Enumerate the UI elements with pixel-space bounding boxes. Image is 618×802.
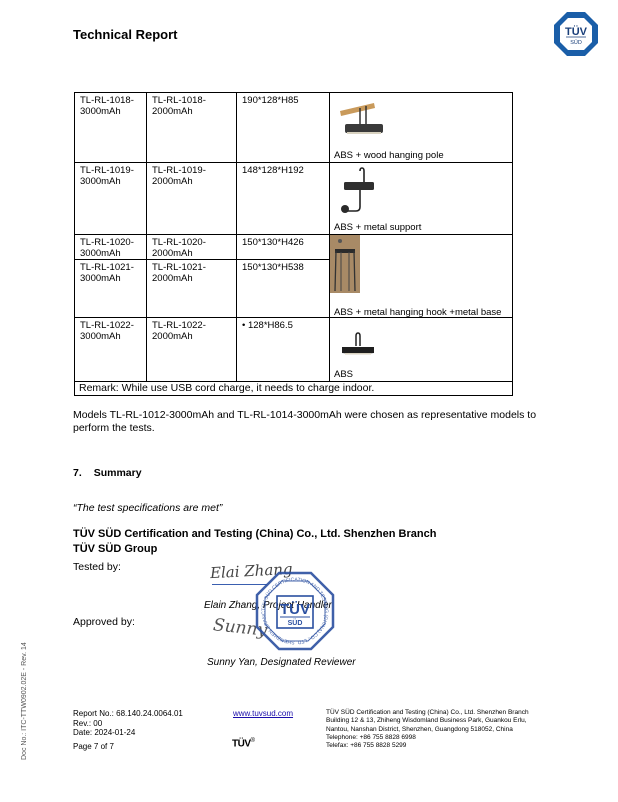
tuv-brand-mark-icon: TÜV®: [232, 738, 254, 749]
dimension-cell: 150*130*H426: [237, 235, 330, 260]
address-line: TÜV SÜD Certification and Testing (China…: [326, 709, 529, 717]
address-line: Nantou, Nanshan District, Shenzhen, Guan…: [326, 726, 529, 734]
page-number: Page 7 of 7: [73, 742, 183, 752]
organization-block: TÜV SÜD Certification and Testing (China…: [73, 527, 436, 557]
approved-name: Sunny Yan, Designated Reviewer: [207, 657, 356, 668]
tuv-sud-logo-icon: TÜV SÜD: [553, 11, 599, 57]
material-cell: ABS + wood hanging pole: [330, 93, 513, 163]
svg-text:SÜD: SÜD: [288, 618, 303, 627]
model-3000-cell: TL-RL-1018-3000mAh: [75, 93, 147, 163]
model-3000-cell: TL-RL-1019-3000mAh: [75, 163, 147, 235]
company-stamp-icon: TÜV SÜD CERTIFICATION AND TESTING (CHINA…: [255, 571, 335, 651]
address-line: Building 12 & 13, Zhiheng Wisdomland Bus…: [326, 717, 529, 725]
lamp-hook-base-image: [330, 235, 360, 293]
remark-cell: Remark: While use USB cord charge, it ne…: [75, 382, 513, 396]
model-3000-cell: TL-RL-1021-3000mAh: [75, 260, 147, 318]
revision: Rev.: 00: [73, 719, 183, 729]
section-number: 7.: [73, 467, 82, 479]
model-2000-cell: TL-RL-1019-2000mAh: [147, 163, 237, 235]
organization-name: TÜV SÜD Certification and Testing (China…: [73, 527, 436, 542]
section-title: Summary: [94, 467, 142, 479]
table-row: Remark: While use USB cord charge, it ne…: [75, 382, 513, 396]
registered-mark: ®: [251, 738, 255, 744]
material-caption: ABS + metal hanging hook +metal base: [334, 307, 501, 318]
material-caption: ABS: [334, 369, 353, 380]
dimension-cell: 148*128*H192: [237, 163, 330, 235]
model-3000-cell: TL-RL-1022-3000mAh: [75, 318, 147, 382]
material-caption: ABS + wood hanging pole: [334, 150, 444, 161]
document-number: Doc No.: ITC-TTW0902.02E - Rev. 14: [21, 642, 28, 760]
brand-mark-text: TÜV: [232, 738, 251, 749]
dimension-cell: • 128*H86.5: [237, 318, 330, 382]
website-link[interactable]: www.tuvsud.com: [233, 709, 293, 718]
report-date: Date: 2024-01-24: [73, 728, 183, 738]
material-caption: ABS + metal support: [334, 222, 421, 233]
report-title: Technical Report: [73, 27, 178, 42]
footer-report-info: Report No.: 68.140.24.0064.01 Rev.: 00 D…: [73, 709, 183, 751]
table-row: TL-RL-1022-3000mAh TL-RL-1022-2000mAh • …: [75, 318, 513, 382]
tested-by-label: Tested by:: [73, 561, 121, 573]
table-row: TL-RL-1018-3000mAh TL-RL-1018-2000mAh 19…: [75, 93, 513, 163]
table-row: TL-RL-1019-3000mAh TL-RL-1019-2000mAh 14…: [75, 163, 513, 235]
material-cell: ABS + metal hanging hook +metal base: [330, 235, 513, 318]
lamp-wood-pole-image: [338, 99, 390, 139]
approved-by-label: Approved by:: [73, 616, 135, 628]
model-2000-cell: TL-RL-1018-2000mAh: [147, 93, 237, 163]
table-row: TL-RL-1020-3000mAh TL-RL-1020-2000mAh 15…: [75, 235, 513, 260]
lamp-table-image: [340, 332, 376, 362]
telefax: Telefax: +86 755 8828 5299: [326, 742, 529, 750]
material-cell: ABS + metal support: [330, 163, 513, 235]
verdict-text: “The test specifications are met”: [73, 502, 222, 514]
footer-address: TÜV SÜD Certification and Testing (China…: [326, 709, 529, 750]
representative-models-text: Models TL-RL-1012-3000mAh and TL-RL-1014…: [73, 409, 543, 435]
material-cell: ABS: [330, 318, 513, 382]
svg-text:TÜV: TÜV: [565, 25, 588, 38]
models-table: TL-RL-1018-3000mAh TL-RL-1018-2000mAh 19…: [74, 92, 513, 396]
dimension-cell: 150*130*H538: [237, 260, 330, 318]
section-heading: 7. Summary: [73, 467, 142, 479]
svg-text:SÜD: SÜD: [570, 39, 582, 46]
report-number: Report No.: 68.140.24.0064.01: [73, 709, 183, 719]
model-2000-cell: TL-RL-1021-2000mAh: [147, 260, 237, 318]
lamp-wall-support-image: [340, 167, 380, 219]
model-3000-cell: TL-RL-1020-3000mAh: [75, 235, 147, 260]
telephone: Telephone: +86 755 8828 6998: [326, 734, 529, 742]
organization-group: TÜV SÜD Group: [73, 542, 436, 557]
dimension-cell: 190*128*H85: [237, 93, 330, 163]
model-2000-cell: TL-RL-1022-2000mAh: [147, 318, 237, 382]
model-2000-cell: TL-RL-1020-2000mAh: [147, 235, 237, 260]
svg-text:TÜV: TÜV: [280, 601, 310, 618]
